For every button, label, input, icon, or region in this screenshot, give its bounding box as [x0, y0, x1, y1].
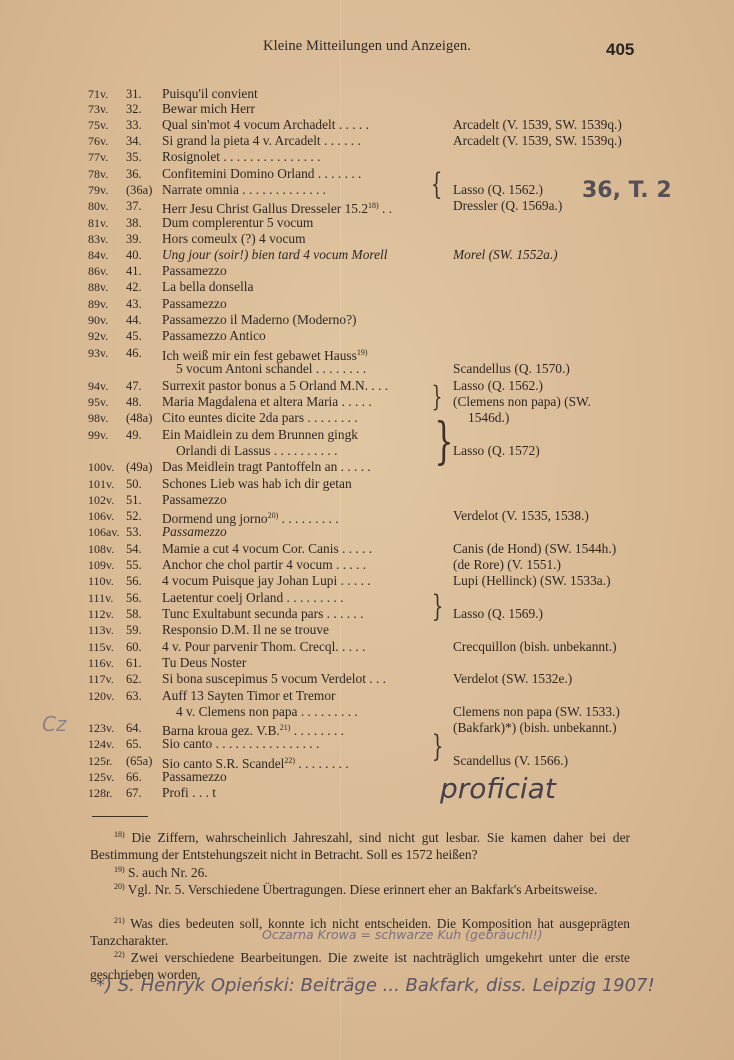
entry-folio: 79v. — [88, 182, 128, 198]
entry-folio: 124v. — [88, 736, 128, 752]
entry-title: Passamezzo il Maderno (Moderno?) — [162, 312, 356, 328]
entry-folio: 125r. — [88, 753, 128, 769]
entry-title: 4 v. Pour parvenir Thom. Crecql. . . . . — [162, 639, 365, 655]
entry-number: 45. — [126, 328, 156, 344]
paper-fold — [340, 0, 341, 1060]
entry-folio: 77v. — [88, 149, 128, 165]
entry-title: Passamezzo — [162, 263, 227, 279]
entry-title: Auff 13 Sayten Timor et Tremor — [162, 688, 335, 704]
entry-folio: 102v. — [88, 492, 128, 508]
entry-folio: 93v. — [88, 345, 128, 361]
entry-number: 48. — [126, 394, 156, 410]
entry-attribution: Arcadelt (V. 1539, SW. 1539q.) — [453, 117, 622, 133]
entry-title: Passamezzo — [162, 524, 227, 540]
entry-number: 50. — [126, 476, 156, 492]
entry-title: Puisqu'il convient — [162, 86, 258, 102]
entry-number: 41. — [126, 263, 156, 279]
entry-folio: 125v. — [88, 769, 128, 785]
entry-folio: 111v. — [88, 590, 128, 606]
entry-number: 31. — [126, 86, 156, 102]
entry-title: Laetentur coelj Orland . . . . . . . . . — [162, 590, 343, 606]
entry-attribution: Canis (de Hond) (SW. 1544h.) — [453, 541, 616, 557]
entry-attribution: Dressler (Q. 1569a.) — [453, 198, 562, 214]
entry-folio: 100v. — [88, 459, 128, 475]
entry-number: 64. — [126, 720, 156, 736]
entry-title: Rosignolet . . . . . . . . . . . . . . . — [162, 149, 320, 165]
handwritten-proficiat: proficiat — [440, 772, 556, 805]
entry-number: 52. — [126, 508, 156, 524]
entry-title: Narrate omnia . . . . . . . . . . . . . — [162, 182, 326, 198]
entry-folio: 80v. — [88, 198, 128, 214]
entry-title: Ein Maidlein zu dem Brunnen gingk — [162, 427, 358, 443]
entry-number: 56. — [126, 573, 156, 589]
entry-folio: 113v. — [88, 622, 128, 638]
entry-title: Si bona suscepimus 5 vocum Verdelot . . … — [162, 671, 386, 687]
entry-attribution: Lasso (Q. 1562.) — [453, 378, 543, 394]
entry-attribution: Crecquillon (bish. unbekannt.) — [453, 639, 617, 655]
entry-attribution: Lasso (Q. 1572) — [453, 443, 540, 459]
entry-number: 63. — [126, 688, 156, 704]
entry-title: Das Meidlein tragt Pantoffeln an . . . .… — [162, 459, 371, 475]
entry-folio: 81v. — [88, 215, 128, 231]
entry-folio: 76v. — [88, 133, 128, 149]
document-page: Kleine Mitteilungen und Anzeigen. 405 71… — [0, 0, 734, 1060]
brace-49: } — [434, 416, 453, 466]
entry-number: 38. — [126, 215, 156, 231]
entry-title: Bewar mich Herr — [162, 101, 255, 117]
entry-number: 36. — [126, 166, 156, 182]
entry-folio: 120v. — [88, 688, 128, 704]
entry-attribution: Verdelot (SW. 1532e.) — [453, 671, 572, 687]
brace-36: { — [431, 170, 442, 200]
entry-attribution: Lasso (Q. 1569.) — [453, 606, 543, 622]
entry-title: Mamie a cut 4 vocum Cor. Canis . . . . . — [162, 541, 372, 557]
entry-title: Maria Magdalena et altera Maria . . . . … — [162, 394, 372, 410]
entry-number: 65. — [126, 736, 156, 752]
entry-number: 56. — [126, 590, 156, 606]
entry-attribution: (de Rore) (V. 1551.) — [453, 557, 561, 573]
entry-number: 37. — [126, 198, 156, 214]
entry-attribution: 1546d.) — [468, 410, 509, 426]
entry-attribution: Scandellus (Q. 1570.) — [453, 361, 570, 377]
entry-number: 60. — [126, 639, 156, 655]
entry-folio: 106av. — [88, 524, 128, 540]
entry-folio: 92v. — [88, 328, 128, 344]
entry-folio: 71v. — [88, 86, 128, 102]
entry-title: Sio canto . . . . . . . . . . . . . . . … — [162, 736, 319, 752]
entry-title: 4 v. Clemens non papa . . . . . . . . . — [176, 704, 358, 720]
entry-number: 33. — [126, 117, 156, 133]
entry-folio: 128r. — [88, 785, 128, 801]
entry-folio: 117v. — [88, 671, 128, 687]
entry-number: 67. — [126, 785, 156, 801]
entry-number: 40. — [126, 247, 156, 263]
entry-folio: 98v. — [88, 410, 128, 426]
entry-title: Ung jour (soir!) bien tard 4 vocum Morel… — [162, 247, 388, 263]
entry-folio: 110v. — [88, 573, 128, 589]
entry-title: Qual sin'mot 4 vocum Archadelt . . . . . — [162, 117, 369, 133]
entry-title: Tunc Exultabunt secunda pars . . . . . . — [162, 606, 363, 622]
entry-number: 35. — [126, 149, 156, 165]
entry-folio: 99v. — [88, 427, 128, 443]
entry-number: (36a) — [126, 182, 156, 198]
entry-folio: 109v. — [88, 557, 128, 573]
brace-48: } — [432, 382, 443, 412]
entry-folio: 78v. — [88, 166, 128, 182]
entry-number: 58. — [126, 606, 156, 622]
entry-folio: 94v. — [88, 378, 128, 394]
handwritten-margin-note-left: Cz — [42, 712, 66, 736]
entry-folio: 112v. — [88, 606, 128, 622]
entry-folio: 106v. — [88, 508, 128, 524]
entry-title: Si grand la pieta 4 v. Arcadelt . . . . … — [162, 133, 361, 149]
entry-title: Hors comeulx (?) 4 vocum — [162, 231, 306, 247]
entry-number: 54. — [126, 541, 156, 557]
entry-number: 66. — [126, 769, 156, 785]
entry-folio: 101v. — [88, 476, 128, 492]
entry-number: 62. — [126, 671, 156, 687]
brace-65: } — [432, 732, 443, 762]
entry-title: Passamezzo Antico — [162, 328, 266, 344]
entry-title: Schones Lieb was hab ich dir getan — [162, 476, 352, 492]
entry-attribution: Clemens non papa (SW. 1533.) — [453, 704, 620, 720]
entry-attribution: Lasso (Q. 1562.) — [453, 182, 543, 198]
footnote-18: 18) Die Ziffern, wahrscheinlich Jahresza… — [90, 826, 630, 863]
entry-folio: 108v. — [88, 541, 128, 557]
entry-number: (49a) — [126, 459, 156, 475]
entry-number: 55. — [126, 557, 156, 573]
entry-title: Passamezzo — [162, 492, 227, 508]
page-number: 405 — [606, 40, 634, 60]
entry-title: Dum complerentur 5 vocum — [162, 215, 313, 231]
entry-number: 59. — [126, 622, 156, 638]
entry-folio: 123v. — [88, 720, 128, 736]
entry-title: Passamezzo — [162, 769, 227, 785]
entry-folio: 89v. — [88, 296, 128, 312]
entry-folio: 95v. — [88, 394, 128, 410]
entry-number: 42. — [126, 279, 156, 295]
handwritten-footnote21-addition: Oczarna Krowa = schwarze Kuh (gebräuchl!… — [262, 927, 542, 942]
entry-number: 61. — [126, 655, 156, 671]
entry-number: 44. — [126, 312, 156, 328]
entry-folio: 83v. — [88, 231, 128, 247]
entry-attribution: Lupi (Hellinck) (SW. 1533a.) — [453, 573, 611, 589]
entry-folio: 90v. — [88, 312, 128, 328]
entry-number: 46. — [126, 345, 156, 361]
entry-attribution: Scandellus (V. 1566.) — [453, 753, 568, 769]
brace-56-58: } — [432, 592, 443, 622]
handwritten-bottom-note: *) S. Henryk Opieński: Beiträge ... Bakf… — [96, 975, 655, 996]
entry-title: Responsio D.M. Il ne se trouve — [162, 622, 329, 638]
entry-number: 32. — [126, 101, 156, 117]
entry-title: 4 vocum Puisque jay Johan Lupi . . . . . — [162, 573, 371, 589]
entry-number: 53. — [126, 524, 156, 540]
entry-title: Confitemini Domino Orland . . . . . . . — [162, 166, 361, 182]
entry-folio: 88v. — [88, 279, 128, 295]
entry-number: 47. — [126, 378, 156, 394]
entry-title: Surrexit pastor bonus a 5 Orland M.N. . … — [162, 378, 388, 394]
entry-attribution: Arcadelt (V. 1539, SW. 1539q.) — [453, 133, 622, 149]
footnote-rule — [92, 816, 148, 817]
entry-number: 49. — [126, 427, 156, 443]
footnote-20: 20) Vgl. Nr. 5. Verschiedene Übertragung… — [90, 878, 630, 898]
entry-title: Anchor che chol partir 4 vocum . . . . . — [162, 557, 366, 573]
entry-folio: 73v. — [88, 101, 128, 117]
entry-number: 43. — [126, 296, 156, 312]
entry-attribution: (Bakfark)*) (bish. unbekannt.) — [453, 720, 617, 736]
entry-title: Cito euntes dicite 2da pars . . . . . . … — [162, 410, 358, 426]
entry-attribution: Verdelot (V. 1535, 1538.) — [453, 508, 589, 524]
entry-attribution: Morel (SW. 1552a.) — [453, 247, 558, 263]
entry-title: 5 vocum Antoni schandel . . . . . . . . — [176, 361, 366, 377]
entry-folio: 116v. — [88, 655, 128, 671]
entry-number: 39. — [126, 231, 156, 247]
entry-attribution: (Clemens non papa) (SW. — [453, 394, 591, 410]
entry-title: Passamezzo — [162, 296, 227, 312]
entry-number: 34. — [126, 133, 156, 149]
entry-number: (48a) — [126, 410, 156, 426]
entry-title: Profi . . . t — [162, 785, 216, 801]
entry-folio: 115v. — [88, 639, 128, 655]
entry-folio: 84v. — [88, 247, 128, 263]
entry-folio: 86v. — [88, 263, 128, 279]
entry-folio: 75v. — [88, 117, 128, 133]
handwritten-margin-note-right: 36, T. 2 — [582, 178, 672, 203]
entry-title: Orlandi di Lassus . . . . . . . . . . — [176, 443, 337, 459]
entry-title: La bella donsella — [162, 279, 253, 295]
entry-number: (65a) — [126, 753, 156, 769]
entry-number: 51. — [126, 492, 156, 508]
entry-title: Tu Deus Noster — [162, 655, 246, 671]
